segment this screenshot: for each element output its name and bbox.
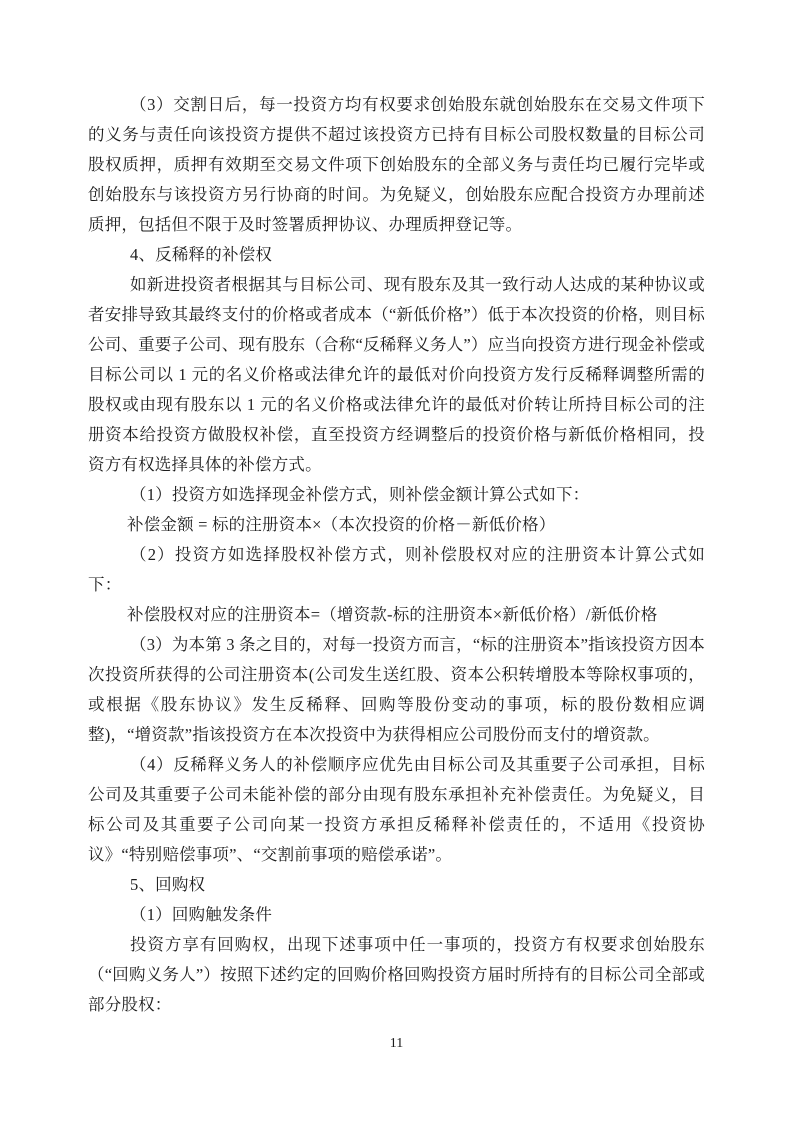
repurchase-trigger-subheading: （1）回购触发条件 [88, 900, 705, 930]
cash-compensation-clause: （1）投资方如选择现金补偿方式，则补偿金额计算公式如下： [88, 480, 705, 510]
compensation-order-clause: （4）反稀释义务人的补偿顺序应优先由目标公司及其重要子公司承担，目标公司及其重要… [88, 750, 705, 870]
definitions-clause: （3）为本第 3 条之目的，对每一投资方而言，“标的注册资本”指该投资方因本次投… [88, 630, 705, 750]
document-page: （3）交割日后，每一投资方均有权要求创始股东就创始股东在交易文件项下的义务与责任… [0, 0, 793, 1122]
section-heading-repurchase: 5、回购权 [88, 870, 705, 900]
document-body: （3）交割日后，每一投资方均有权要求创始股东就创始股东在交易文件项下的义务与责任… [88, 90, 705, 1020]
page-number: 11 [0, 1036, 793, 1052]
equity-compensation-formula: 补偿股权对应的注册资本=（增资款-标的注册资本×新低价格）/新低价格 [88, 600, 705, 630]
cash-compensation-formula: 补偿金额 = 标的注册资本×（本次投资的价格－新低价格） [88, 510, 705, 540]
section-heading-anti-dilution: 4、反稀释的补偿权 [88, 240, 705, 270]
anti-dilution-intro-paragraph: 如新进投资者根据其与目标公司、现有股东及其一致行动人达成的某种协议或者安排导致其… [88, 270, 705, 480]
clause-3-pledge-paragraph: （3）交割日后，每一投资方均有权要求创始股东就创始股东在交易文件项下的义务与责任… [88, 90, 705, 240]
repurchase-trigger-paragraph: 投资方享有回购权，出现下述事项中任一事项的，投资方有权要求创始股东（“回购义务人… [88, 930, 705, 1020]
equity-compensation-clause: （2）投资方如选择股权补偿方式，则补偿股权对应的注册资本计算公式如下： [88, 540, 705, 600]
